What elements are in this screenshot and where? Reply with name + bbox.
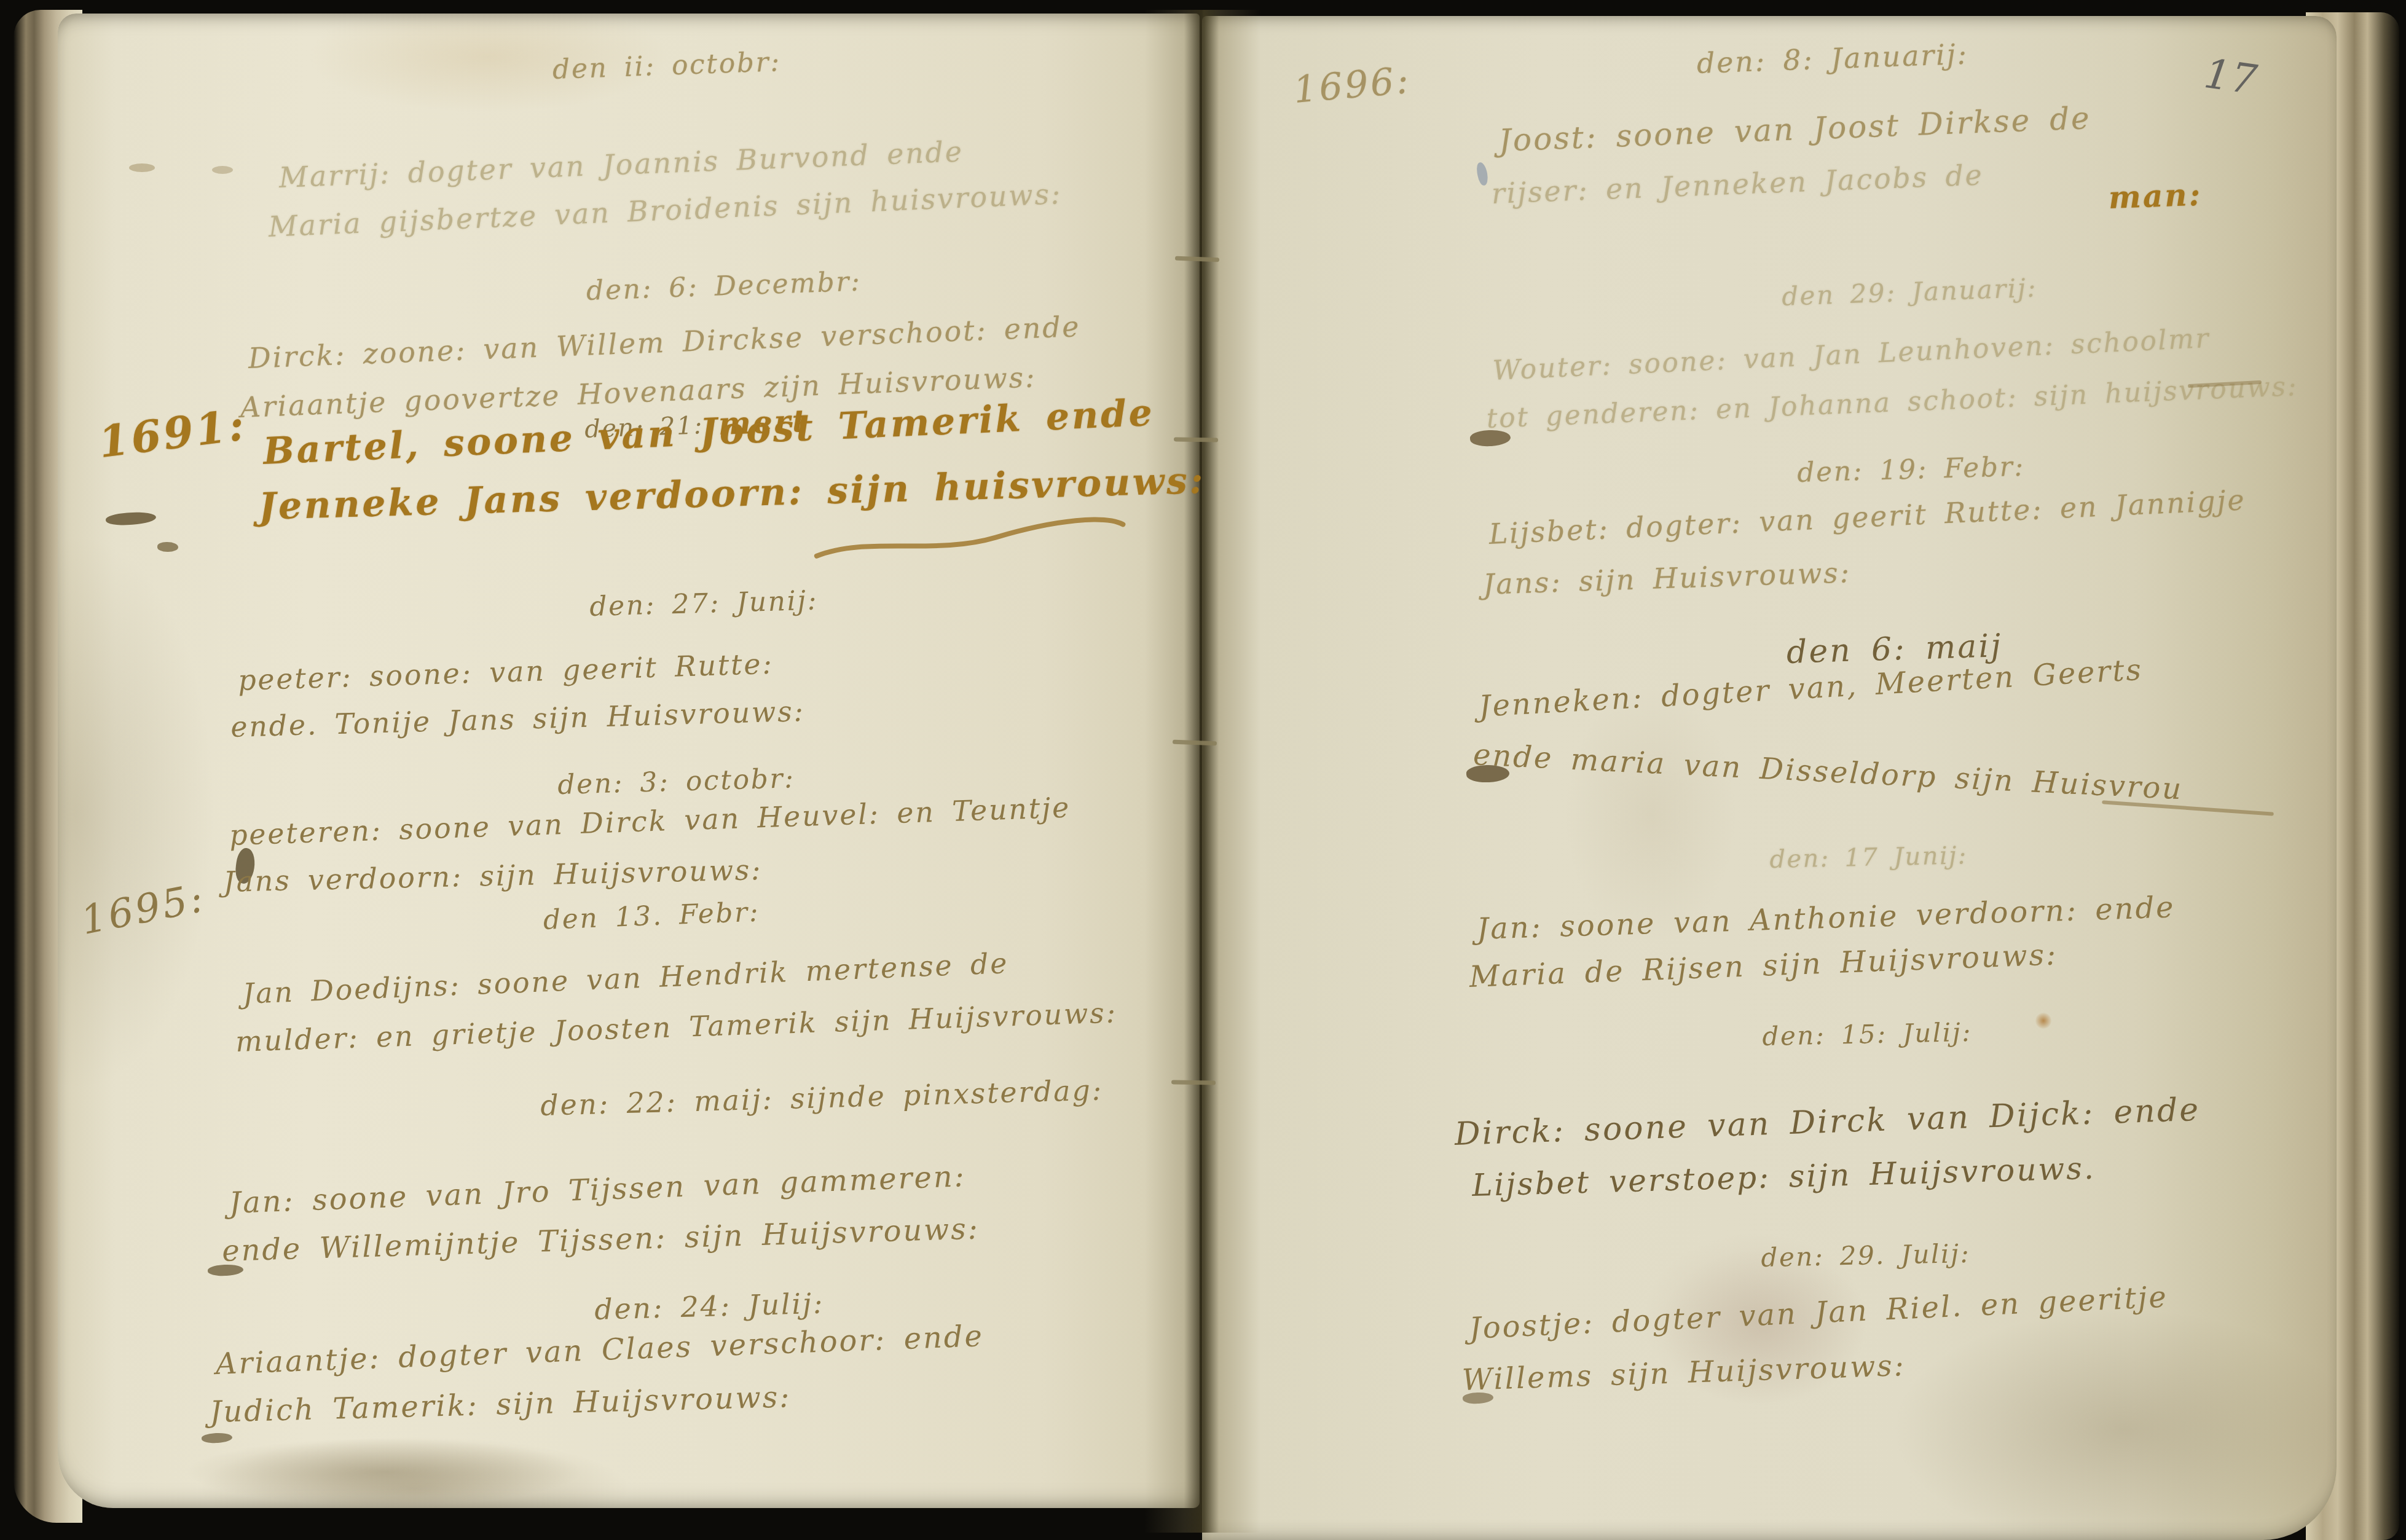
book-gutter [1144, 10, 1261, 1533]
stain [2035, 1013, 2051, 1029]
date-header: den: 27: Junij: [589, 585, 819, 623]
date-header: den: 3: octobr: [557, 763, 796, 801]
page-number: 17 [2201, 50, 2260, 104]
stain [184, 1438, 584, 1506]
ink-blot [157, 542, 178, 552]
stain [129, 163, 155, 172]
overwritten-word: man: [2108, 176, 2203, 216]
stitch-mark [1171, 1080, 1216, 1085]
date-header: den: 29. Julij: [1761, 1238, 1971, 1273]
date-header: den: 24: Julij: [594, 1287, 824, 1326]
manuscript-scan: den ii: octobr: Marrij: dogter van Joann… [0, 0, 2406, 1540]
date-header: den: 17 Junij: [1769, 841, 1968, 874]
stitch-mark [1174, 437, 1218, 442]
date-header: den: 19: Febr: [1797, 451, 2026, 489]
date-header: den: 15: Julij: [1762, 1017, 1972, 1051]
left-page [58, 14, 1200, 1508]
stain [212, 166, 233, 174]
